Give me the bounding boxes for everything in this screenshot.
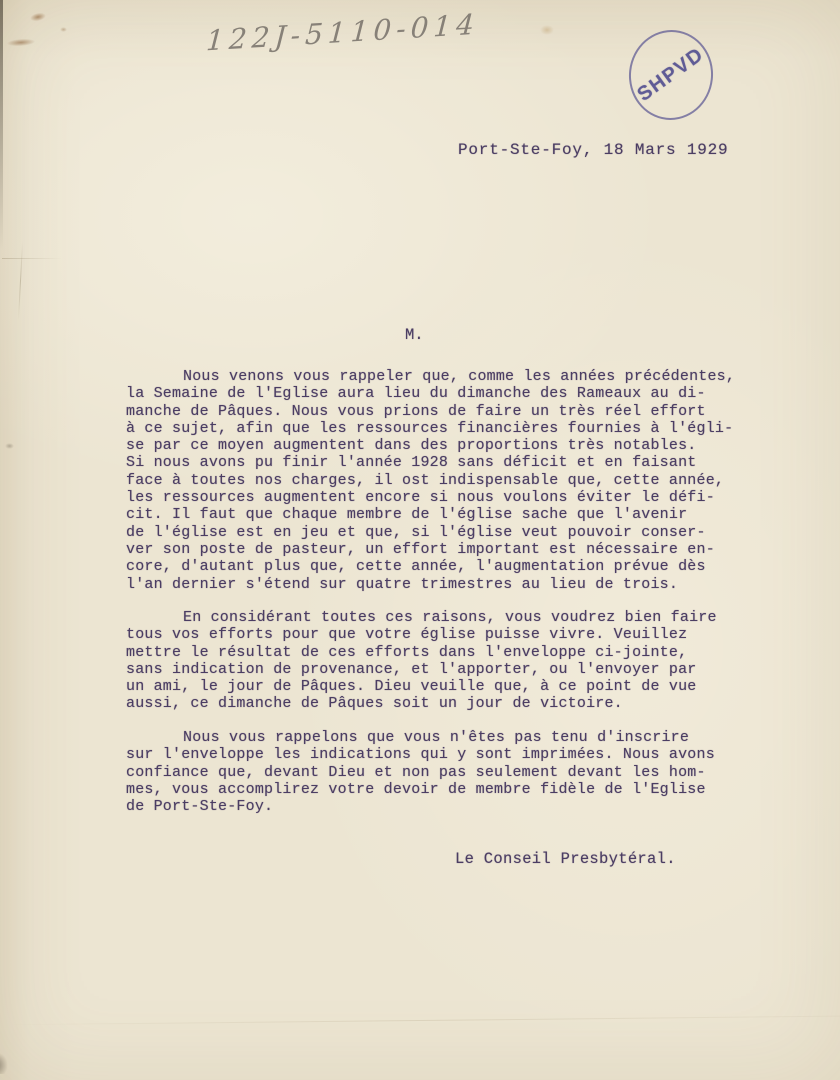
typed-line: core, d'autant plus que, cette année, l'… — [126, 558, 786, 575]
typed-line: mes, vous accomplirez votre devoir de me… — [126, 781, 786, 798]
typed-line: manche de Pâques. Nous vous prions de fa… — [126, 403, 786, 420]
foxing-spot — [7, 38, 35, 47]
signature: Le Conseil Presbytéral. — [455, 850, 676, 868]
paper-fold-line — [0, 1016, 840, 1026]
foxing-spot — [5, 443, 14, 449]
typed-line: de l'église est en jeu et que, si l'égli… — [126, 524, 786, 541]
typed-line: les ressources augmentent encore si nous… — [126, 489, 786, 506]
typed-line: Si nous avons pu finir l'année 1928 sans… — [126, 454, 786, 471]
paper-crease — [2, 258, 62, 259]
paragraph-3: Nous vous rappelons que vous n'êtes pas … — [126, 729, 786, 815]
paragraph-2: En considérant toutes ces raisons, vous … — [126, 609, 786, 713]
archival-reference-handwritten: 122J-5110-014 — [205, 8, 480, 58]
typed-line: Nous vous rappelons que vous n'êtes pas … — [126, 729, 786, 746]
foxing-spot — [29, 11, 46, 22]
typed-line: Nous venons vous rappeler que, comme les… — [126, 368, 786, 385]
typed-line: la Semaine de l'Eglise aura lieu du dima… — [126, 385, 786, 402]
typed-line: mettre le résultat de ces efforts dans l… — [126, 644, 786, 661]
typed-line: sans indication de provenance, et l'appo… — [126, 661, 786, 678]
typed-line: En considérant toutes ces raisons, vous … — [126, 609, 786, 626]
paper-crease — [18, 242, 23, 320]
salutation: M. — [405, 326, 424, 344]
dateline: Port-Ste-Foy, 18 Mars 1929 — [458, 141, 728, 159]
scan-edge-shadow — [0, 0, 3, 250]
typed-line: face à toutes nos charges, il ost indisp… — [126, 472, 786, 489]
scanned-letter-page: 122J-5110-014 SHPVD Port-Ste-Foy, 18 Mar… — [0, 0, 840, 1080]
typed-line: tous vos efforts pour que votre église p… — [126, 626, 786, 643]
corner-shadow — [0, 1052, 8, 1074]
typed-line: cit. Il faut que chaque membre de l'égli… — [126, 506, 786, 523]
typed-line: de Port-Ste-Foy. — [126, 798, 786, 815]
typed-line: à ce sujet, afin que les ressources fina… — [126, 420, 786, 437]
paragraph-1: Nous venons vous rappeler que, comme les… — [126, 368, 786, 593]
foxing-spot — [540, 25, 554, 35]
typed-line: aussi, ce dimanche de Pâques soit un jou… — [126, 695, 786, 712]
typed-line: ver son poste de pasteur, un effort impo… — [126, 541, 786, 558]
foxing-spot — [60, 27, 67, 32]
archive-stamp: SHPVD — [625, 26, 718, 124]
typed-line: sur l'enveloppe les indications qui y so… — [126, 746, 786, 763]
stamp-text: SHPVD — [633, 43, 708, 107]
typed-line: confiance que, devant Dieu et non pas se… — [126, 764, 786, 781]
typed-line: un ami, le jour de Pâques. Dieu veuille … — [126, 678, 786, 695]
typed-line: l'an dernier s'étend sur quatre trimestr… — [126, 576, 786, 593]
typed-line: se par ce moyen augmentent dans des prop… — [126, 437, 786, 454]
